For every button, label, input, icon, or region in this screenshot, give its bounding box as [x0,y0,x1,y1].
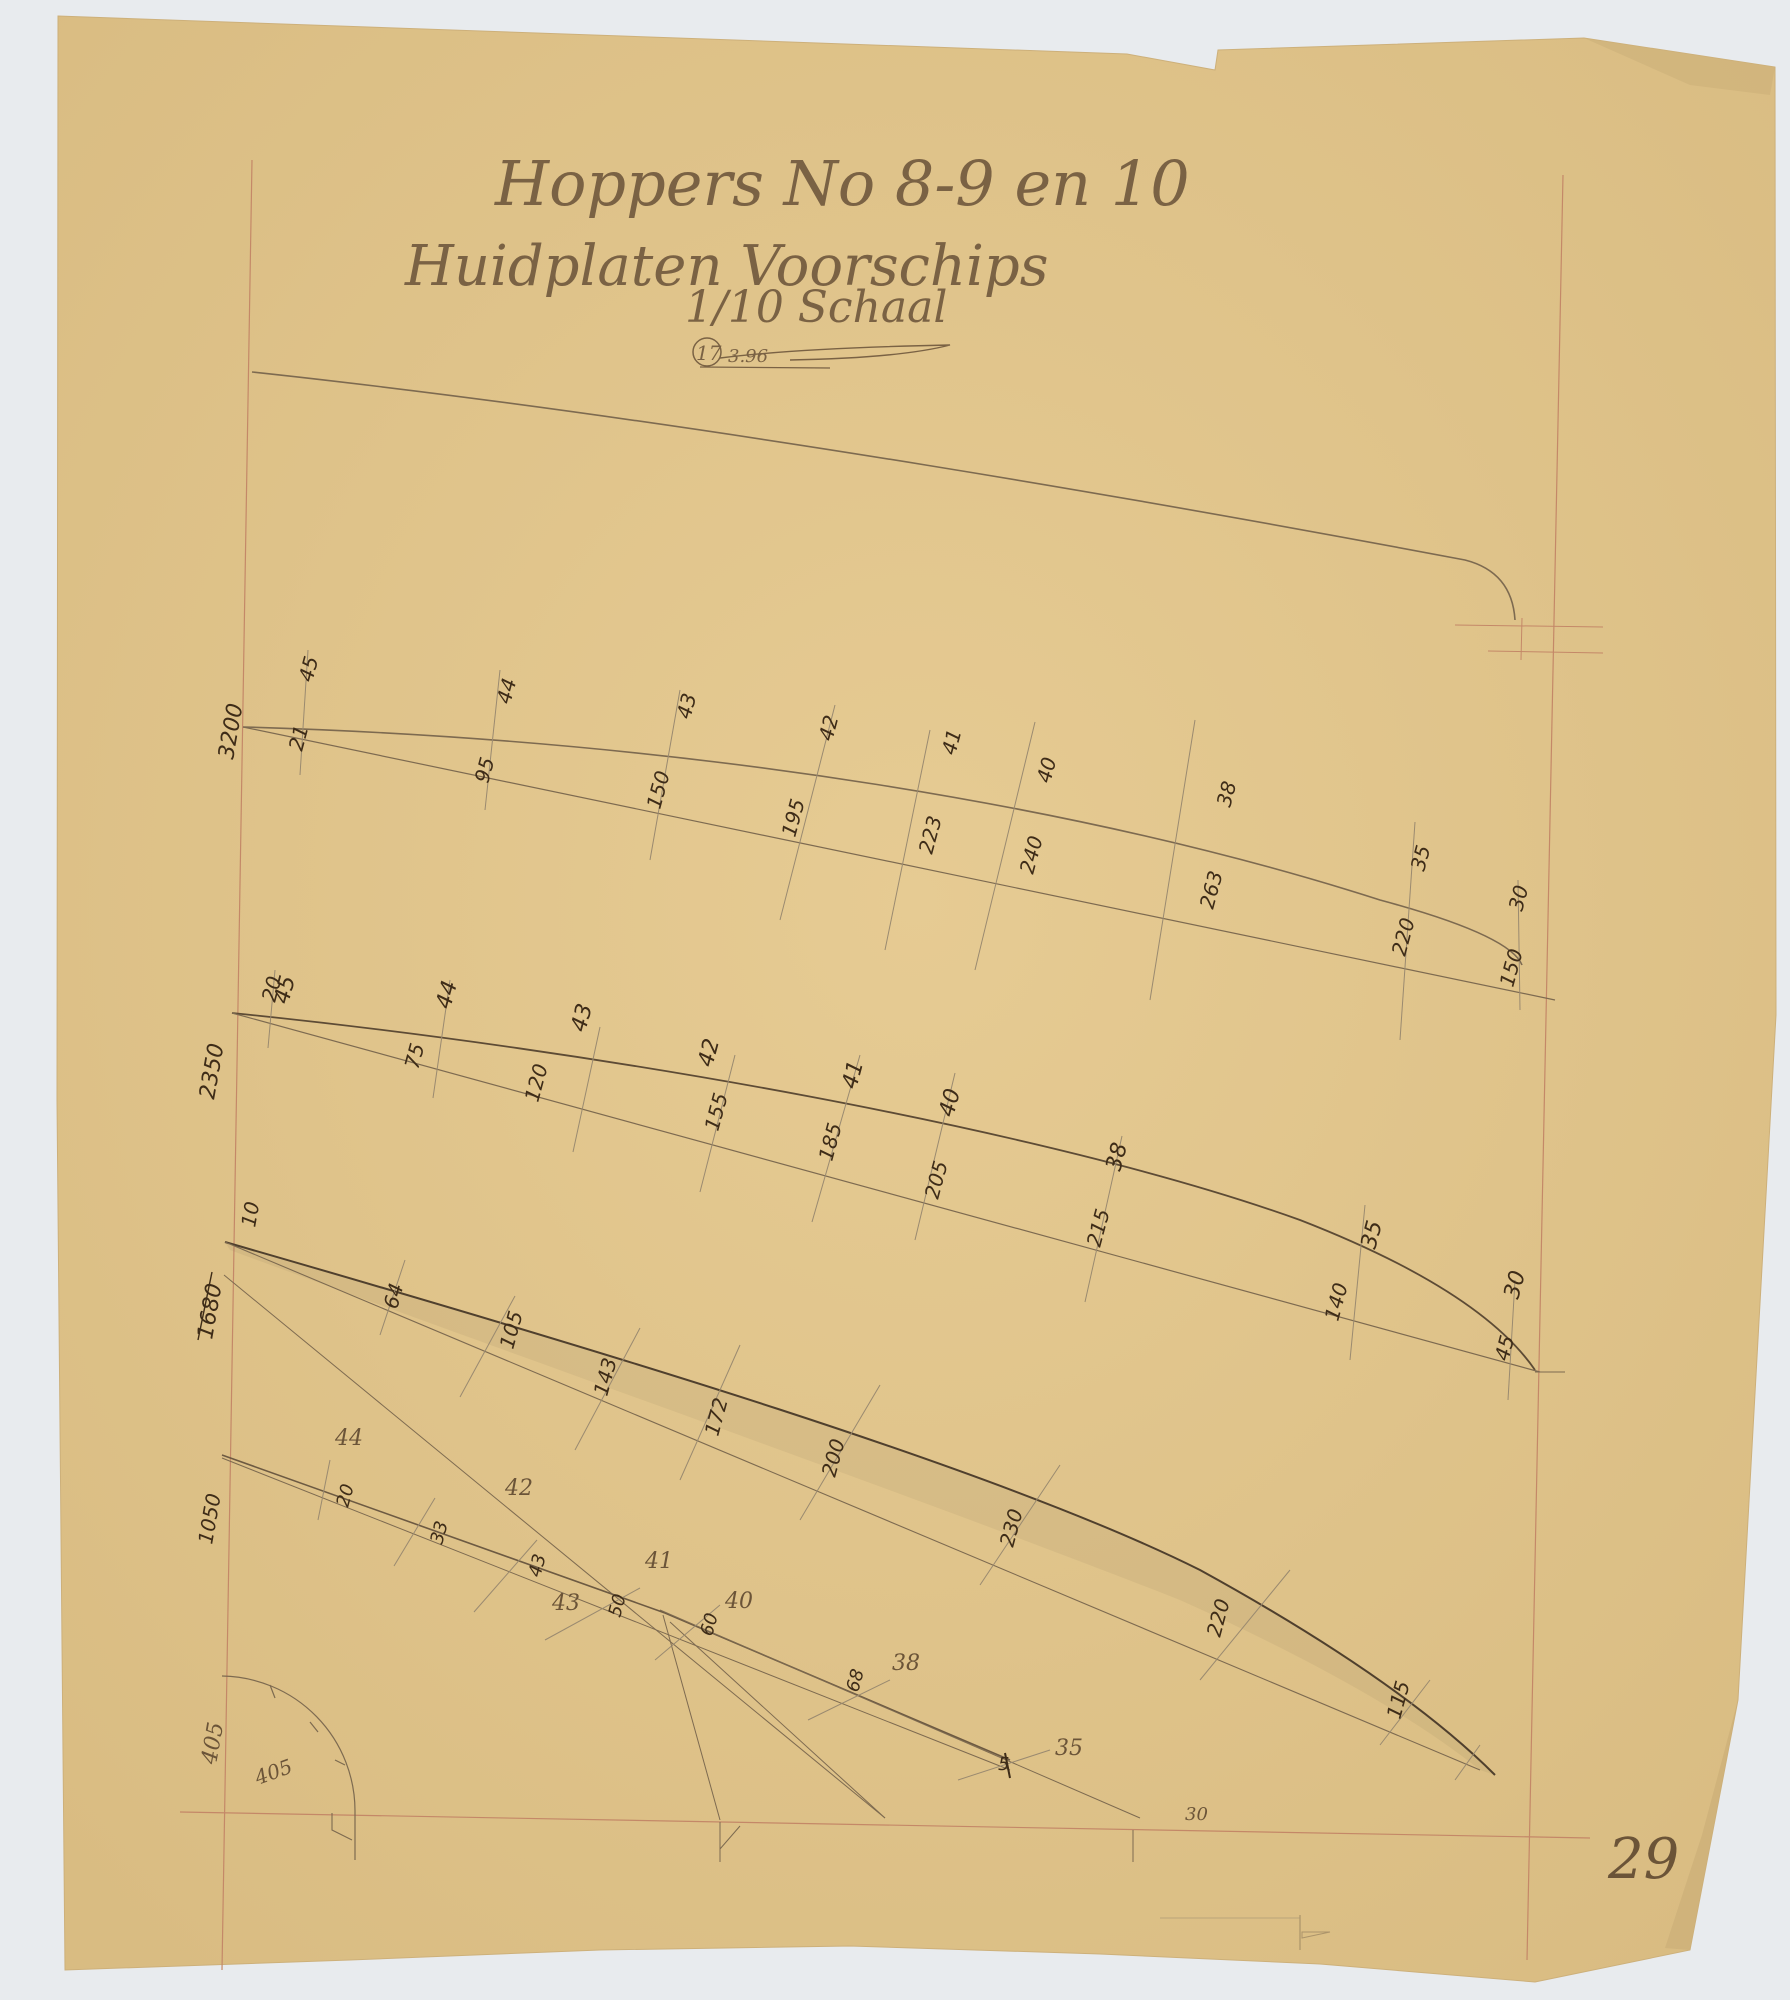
title-line-3: 1/10 Schaal [685,282,947,333]
frame-label: 43 [551,1591,580,1616]
drawing-canvas: Hoppers No 8-9 en 10 Huidplaten Voorschi… [0,0,1790,2000]
stamp-number: 17 [696,341,722,365]
drawing-stage: Hoppers No 8-9 en 10 Huidplaten Voorschi… [0,0,1790,2000]
sheet-number: 29 [1607,1827,1679,1892]
offset-label: 10 [236,1200,264,1229]
frame-label: 42 [504,1476,533,1501]
frame-label: 41 [644,1549,673,1574]
frame-label: 40 [724,1589,753,1614]
title-line-1: Hoppers No 8-9 en 10 [494,147,1190,220]
frame-label: 38 [892,1651,920,1676]
frame-label: 35 [1055,1736,1083,1761]
frame-label: 44 [334,1426,363,1451]
bottom-note: 30 [1185,1804,1208,1825]
